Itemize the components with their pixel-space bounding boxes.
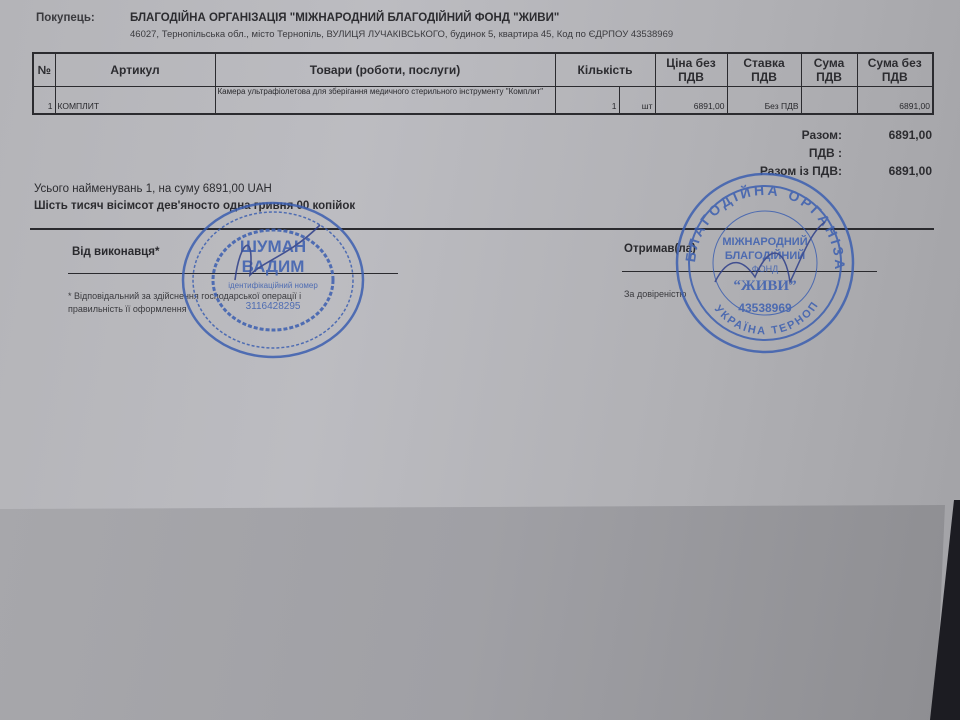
buyer-address: 46027, Тернопільська обл., місто Тернопі… (130, 29, 673, 40)
header-num: № (33, 53, 55, 87)
subtotal-value: 6891,00 (862, 128, 932, 142)
header-sum: Сума без ПДВ (857, 53, 933, 87)
subtotal-row: Разом: 6891,00 (702, 126, 932, 144)
cell-num: 1 (33, 87, 55, 115)
cell-vat-sum (801, 87, 857, 115)
table-header-row: № Артикул Товари (роботи, послуги) Кільк… (33, 53, 933, 87)
buyer-name: БЛАГОДІЙНА ОРГАНІЗАЦІЯ "МІЖНАРОДНИЙ БЛАГ… (130, 12, 559, 24)
cell-article: КОМПЛИТ (55, 87, 215, 115)
header-price: Ціна без ПДВ (655, 53, 727, 87)
svg-text:ідентифікаційний номер: ідентифікаційний номер (228, 281, 318, 290)
seller-stamp: ШУМАН ВАДИМ ідентифікаційний номер 31164… (180, 200, 366, 360)
header-article: Артикул (55, 53, 215, 87)
cell-vat-rate: Без ПДВ (727, 87, 801, 115)
items-table: № Артикул Товари (роботи, послуги) Кільк… (32, 52, 934, 115)
svg-text:3116428295: 3116428295 (246, 301, 301, 312)
buyer-stamp-icon: БЛАГОДІЙНА ОРГАНІЗАЦІЯ УКРАЇНА ТЕРНОПІЛЬ… (675, 172, 855, 354)
svg-text:МІЖНАРОДНИЙ: МІЖНАРОДНИЙ (722, 235, 807, 248)
executor-label: Від виконавця* (72, 246, 159, 258)
header-qty: Кількість (555, 53, 655, 87)
buyer-stamp: БЛАГОДІЙНА ОРГАНІЗАЦІЯ УКРАЇНА ТЕРНОПІЛЬ… (675, 172, 855, 354)
vat-row: ПДВ : (702, 144, 932, 162)
summary-count: Усього найменувань 1, на суму 6891,00 UA… (34, 183, 272, 195)
svg-text:ФОНД: ФОНД (752, 264, 778, 274)
header-vat-sum: Сума ПДВ (801, 53, 857, 87)
cell-qty: 1 (555, 87, 619, 115)
svg-text:“ЖИВИ”: “ЖИВИ” (733, 278, 796, 294)
header-goods: Товари (роботи, послуги) (215, 53, 555, 87)
header-vat-rate: Ставка ПДВ (727, 53, 801, 87)
paper-lower-fold (0, 505, 945, 720)
table-row: 1 КОМПЛИТ Камера ультрафіолетова для збе… (33, 87, 933, 115)
total-value: 6891,00 (862, 164, 932, 178)
cell-sum: 6891,00 (857, 87, 933, 115)
cell-unit: шт (619, 87, 655, 115)
seller-stamp-icon: ШУМАН ВАДИМ ідентифікаційний номер 31164… (180, 200, 366, 360)
cell-goods: Камера ультрафіолетова для зберігання ме… (215, 87, 555, 115)
buyer-label: Покупець: (36, 12, 95, 24)
svg-text:43538969: 43538969 (738, 301, 792, 315)
subtotal-label: Разом: (702, 128, 862, 142)
vat-label: ПДВ : (702, 146, 862, 160)
cell-price: 6891,00 (655, 87, 727, 115)
